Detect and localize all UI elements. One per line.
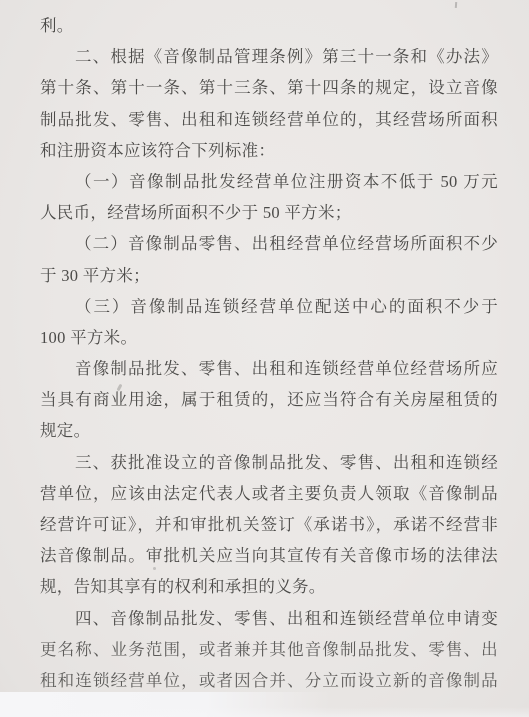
document-line: （一）音像制品批发经营单位注册资本不低于 50 万元 bbox=[40, 166, 498, 197]
document-line: 法音像制品。审批机关应当向其宣传有关音像市场的法律法 bbox=[40, 540, 498, 571]
document-line: 当具有商业用途，属于租赁的，还应当符合有关房屋租赁的 bbox=[40, 384, 498, 415]
document-line: 规，告知其享有的权利和承担的义务。 bbox=[40, 571, 498, 602]
document-line: 利。 bbox=[40, 10, 498, 41]
document-line: 和注册资本应该符合下列标准： bbox=[40, 135, 498, 166]
document-line: （三）音像制品连锁经营单位配送中心的面积不少于 bbox=[40, 291, 498, 322]
document-line: 更名称、业务范围，或者兼并其他音像制品批发、零售、出 bbox=[40, 634, 498, 665]
document-line: 四、音像制品批发、零售、出租和连锁经营单位申请变 bbox=[40, 603, 498, 634]
document-line: 三、获批准设立的音像制品批发、零售、出租和连锁经 bbox=[40, 447, 498, 478]
document-line: （二）音像制品零售、出租经营单位经营场所面积不少 bbox=[40, 228, 498, 259]
document-line: 营单位，应该由法定代表人或者主要负责人领取《音像制品 bbox=[40, 478, 498, 509]
document-line: 二、根据《音像制品管理条例》第三十一条和《办法》 bbox=[40, 41, 498, 72]
scan-artifact-dot bbox=[153, 567, 156, 570]
document-line: 人民币，经营场所面积不少于 50 平方米； bbox=[40, 197, 498, 228]
document-line: 于 30 平方米； bbox=[40, 260, 498, 291]
scan-artifact-tick bbox=[455, 2, 457, 8]
document-text-block: 利。 二、根据《音像制品管理条例》第三十一条和《办法》 第十条、第十一条、第十三… bbox=[40, 10, 498, 696]
document-line: 第十条、第十一条、第十三条、第十四条的规定，设立音像 bbox=[40, 72, 498, 103]
scanned-document-page: 利。 二、根据《音像制品管理条例》第三十一条和《办法》 第十条、第十一条、第十三… bbox=[0, 0, 529, 717]
document-line: 音像制品批发、零售、出租和连锁经营单位经营场所应 bbox=[40, 353, 498, 384]
document-line: 制品批发、零售、出租和连锁经营单位的，其经营场所面积 bbox=[40, 104, 498, 135]
document-line: 规定。 bbox=[40, 415, 498, 446]
document-line: 100 平方米。 bbox=[40, 322, 498, 353]
document-line: 经营许可证》，并和审批机关签订《承诺书》，承诺不经营非 bbox=[40, 509, 498, 540]
page-bottom-edge-glow bbox=[0, 707, 529, 717]
